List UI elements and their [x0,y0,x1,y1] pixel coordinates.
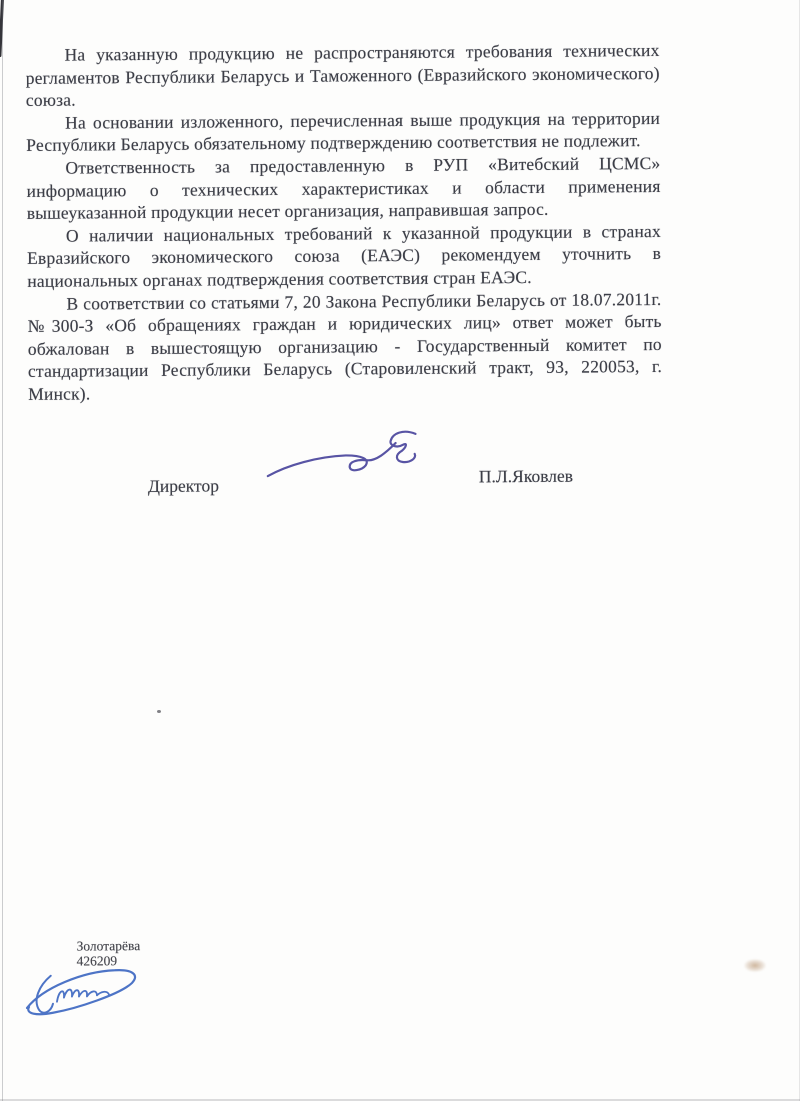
signatory-role-label: Директор [148,475,219,497]
director-signature-flourish [390,432,415,463]
body-paragraph: О наличии национальных требований к указ… [27,220,662,293]
scan-speck-artifact [157,710,161,713]
signatory-name: П.Л.Яковлев [479,466,573,488]
director-signature-stroke [268,443,396,476]
body-paragraph: На основании изложенного, перечисленная … [26,107,660,157]
executor-signature-ink [17,963,152,1019]
letter-content: На указанную продукцию не распространяют… [0,0,800,1101]
scan-edge-left-line [2,0,3,1101]
scan-smudge-artifact [744,959,766,972]
executor-signature-descender [36,976,53,1013]
scanned-letter-page: На указанную продукцию не распространяют… [0,0,800,1101]
director-signature-ink [255,429,435,485]
body-paragraph: В соответствии со статьями 7, 20 Закона … [27,287,662,405]
letter-body: На указанную продукцию не распространяют… [25,39,662,405]
body-paragraph: На указанную продукцию не распространяют… [25,39,660,112]
executor-name: Золотарёва [76,938,140,954]
body-paragraph: Ответственность за предоставленную в РУП… [26,152,661,225]
